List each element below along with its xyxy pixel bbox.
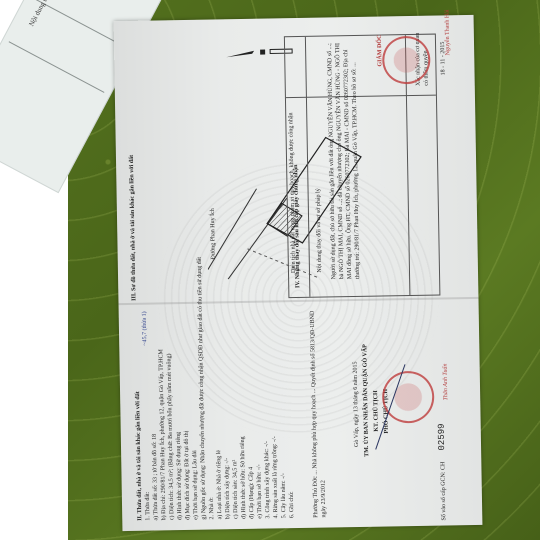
confirm-title: GIÁM ĐỐC (376, 35, 385, 67)
registry-label: Số vào sổ cấp GCN: CH (439, 462, 448, 521)
certificate-page: III. Sơ đồ thửa đất, nhà ở và tài sản kh… (114, 15, 483, 531)
signer-name: Thân Anh Tuấn (442, 363, 451, 400)
rule-line (9, 41, 105, 93)
official-stamp-icon (382, 371, 435, 424)
section-iii-title: III. Sơ đồ thửa đất, nhà ở và tài sản kh… (128, 155, 139, 301)
table-divider (305, 37, 311, 297)
second-doc-text: Nội dung thay đổi và cơ sở pháp lý (27, 0, 80, 28)
section-ii-details: 1. Thửa đất:a) Thửa đất số: 33 ; tờ bản … (140, 255, 297, 520)
confirm-signer: Nguyễn Thanh Hải (443, 9, 452, 55)
registry-number: 02599 (437, 423, 447, 450)
entry-text: Người sử dụng đất, chủ sở hữu tài sản gắ… (326, 39, 362, 280)
place-date: Gò Vấp, ngày 13 tháng 6 năm 2015 (352, 361, 361, 447)
handwritten-annotation: ~45,7 (thửa 1) (141, 311, 150, 345)
road-label: Đường Phan Huy Ích (209, 208, 218, 259)
col-content-header: Nội dung thay đổi và cơ sở pháp lý (315, 188, 324, 272)
role-1: KT. CHỦ TỊCH (372, 390, 381, 431)
table-divider (286, 95, 436, 99)
